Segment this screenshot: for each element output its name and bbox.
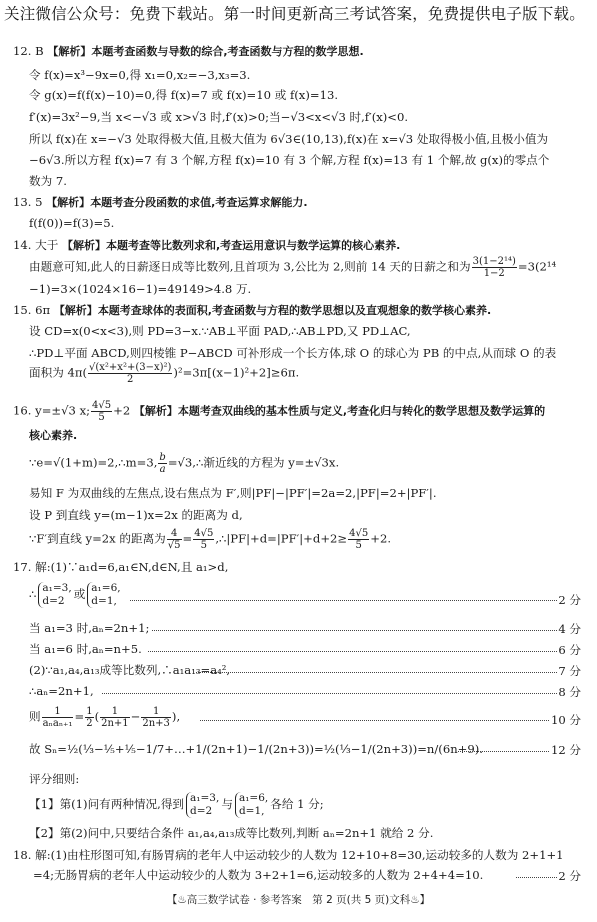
- q13-answer: 13. 5: [13, 195, 43, 209]
- q17-heading: 17. 解:(1)∵a₁d=6,a₁∈N,d∈N,且 a₁>d,: [13, 560, 228, 574]
- q14-answer: 14. 大于: [13, 238, 58, 252]
- q15-line: ∴PD⊥平面 ABCD,则四棱锥 P−ABCD 可补形成一个长方体,球 O 的球…: [29, 346, 556, 360]
- leader-dots: [458, 751, 549, 752]
- q13-heading: 13. 5 【解析】本题考查分段函数的求值,考查运算求解能力.: [13, 195, 308, 210]
- score-label: 2 分: [558, 592, 581, 608]
- q15-answer: 15. 6π: [13, 303, 50, 317]
- analysis-tag: 【解析】: [46, 196, 90, 209]
- q12-answer: 12. B: [13, 44, 44, 58]
- rubric-item-1: 【1】第(1)问有两种情况,得到a₁=3,d=2与a₁=6,d=1,各给 1 分…: [29, 792, 324, 818]
- q16-heading: 16. y=±√3 x;4√55+2 【解析】本题考查双曲线的基本性质与定义,考…: [13, 400, 545, 423]
- fraction: 4√55: [193, 528, 214, 551]
- q12-intro: 本题考查函数与导数的综合,考查函数与方程的数学思想.: [91, 45, 363, 58]
- q14-intro: 本题考查等比数列求和,考查运用意识与数学运算的核心素养.: [106, 239, 400, 252]
- fraction: 12n+1: [100, 706, 130, 729]
- leader-dots: [152, 630, 557, 631]
- system-brace: a₁=3,d=2: [38, 582, 71, 608]
- system-brace: a₁=3,d=2: [186, 792, 219, 818]
- q16-intro-cont: 核心素养.: [29, 429, 77, 443]
- score-label: 8 分: [558, 684, 581, 700]
- leader-dots: [102, 693, 557, 694]
- fraction: 3(1−2¹⁴)1−2: [472, 256, 517, 279]
- page-footer: 【♨高三数学试卷 · 参考答案 第 2 页(共 5 页)文科♨】: [0, 892, 597, 907]
- q12-line: 令 g(x)=f(f(x)−10)=0,得 f(x)=7 或 f(x)=10 或…: [29, 88, 338, 102]
- q16-line-2: 易知 F 为双曲线的左焦点,设右焦点为 F′,则|PF|−|PF′|=2a=2,…: [29, 486, 437, 500]
- q12-line: f′(x)=3x²−9,当 x<−√3 或 x>√3 时,f′(x)>0;当−√…: [29, 110, 408, 124]
- score-label: 2 分: [558, 868, 581, 884]
- q16-answer: y=±√3 x;: [35, 404, 90, 418]
- q16-line-3: 设 P 到直线 y=(m−1)x=2x 的距离为 d,: [29, 508, 243, 522]
- q12-line: 所以 f(x)在 x=−√3 处取得极大值,且极大值为 6√3∈(10,13),…: [29, 132, 548, 146]
- q14-heading: 14. 大于 【解析】本题考查等比数列求和,考查运用意识与数学运算的核心素养.: [13, 238, 400, 253]
- analysis-tag: 【解析】: [54, 304, 98, 317]
- fraction: 4√55: [91, 400, 112, 423]
- score-label: 12 分: [551, 742, 581, 758]
- fraction: 1aₙaₙ₊₁: [42, 706, 74, 729]
- fraction: √(x²+x²+(3−x)²)2: [88, 362, 172, 385]
- wechat-banner: 关注微信公众号：免费下载站。第一时间更新高三考试答案，免费提供电子版下载。: [4, 2, 585, 24]
- fraction: 4√5: [167, 528, 182, 551]
- leader-dots: [516, 877, 557, 878]
- analysis-tag: 【解析】: [134, 405, 178, 418]
- q13-line: f(f(0))=f(3)=5.: [29, 216, 114, 230]
- system-brace: a₁=6,d=1,: [87, 582, 120, 608]
- fraction: 12n+3: [141, 706, 171, 729]
- q14-line-2: −1)=3×(1024×16−1)=49149>4.8 万.: [29, 282, 251, 296]
- q15-line: 设 CD=x(0<x<3),则 PD=3−x.∵AB⊥平面 PAD,∴AB⊥PD…: [29, 324, 411, 338]
- q12-line: −6√3.所以方程 f(x)=7 有 3 个解,方程 f(x)=10 有 3 个…: [29, 153, 549, 167]
- q17-system: ∴a₁=3,d=2或a₁=6,d=1,: [29, 582, 123, 608]
- q14-line-1: 由题意可知,此人的日薪逐日成等比数列,且首项为 3,公比为 2,则前 14 天的…: [29, 256, 556, 279]
- system-brace: a₁=6,d=1,: [235, 792, 268, 818]
- q17-line-f: 故 Sₙ=½(⅓−⅕+⅕−1/7+…+1/(2n+1)−1/(2n+3))=½(…: [29, 742, 483, 756]
- q12-heading: 12. B 【解析】本题考查函数与导数的综合,考查函数与方程的数学思想.: [13, 44, 364, 59]
- q17-line: 当 a₁=6 时,aₙ=n+5.: [29, 642, 142, 656]
- fraction: ba: [158, 452, 166, 475]
- leader-dots: [148, 651, 557, 652]
- q15-heading: 15. 6π 【解析】本题考查球体的表面积,考查函数与方程的数学思想以及直观想象…: [13, 303, 491, 318]
- q15-intro: 本题考查球体的表面积,考查函数与方程的数学思想以及直观想象的数学核心素养.: [98, 304, 491, 317]
- q16-line-4: ∵F′到直线 y=2x 的距离为4√5=4√55,∴|PF|+d=|PF′|+d…: [29, 528, 391, 551]
- score-label: 4 分: [558, 621, 581, 637]
- q12-line: 令 f(x)=x³−9x=0,得 x₁=0,x₂=−3,x₃=3.: [29, 68, 250, 82]
- q17-line: ∴aₙ=2n+1,: [29, 684, 94, 698]
- rubric-title: 评分细则:: [29, 772, 79, 786]
- rubric-item-2: 【2】第(2)问中,只要结合条件 a₁,a₄,a₁₃成等比数列,判断 aₙ=2n…: [29, 826, 433, 840]
- leader-dots: [200, 720, 549, 721]
- q12-line: 数为 7.: [29, 174, 67, 188]
- fraction: 12: [85, 706, 93, 729]
- q15-line-3: 面积为 4π(√(x²+x²+(3−x)²)2)²=3π[(x−1)²+2]≥6…: [29, 362, 299, 385]
- q17-line: 当 a₁=3 时,aₙ=2n+1;: [29, 621, 149, 635]
- q16-line-1: ∵e=√(1+m)=2,∴m=3,ba=√3,∴渐近线的方程为 y=±√3x.: [29, 452, 339, 475]
- analysis-tag: 【解析】: [47, 45, 91, 58]
- leader-dots: [130, 600, 557, 601]
- score-label: 7 分: [558, 663, 581, 679]
- score-label: 6 分: [558, 642, 581, 658]
- analysis-tag: 【解析】: [62, 239, 106, 252]
- q16-intro: 本题考查双曲线的基本性质与定义,考查化归与转化的数学思想及数学运算的: [178, 405, 545, 418]
- q18-line-2: =4;无肠胃病的老年人中运动较少的人数为 3+2+1=6,运动较多的人数为 2+…: [33, 868, 483, 882]
- q17-line: (2)∵a₁,a₄,a₁₃成等比数列,∴a₁a₁₃=a₄²,: [29, 663, 230, 677]
- q13-intro: 本题考查分段函数的求值,考查运算求解能力.: [90, 196, 307, 209]
- score-label: 10 分: [551, 712, 581, 728]
- leader-dots: [196, 672, 557, 673]
- q17-line-e: 则1aₙaₙ₊₁=12(12n+1−12n+3),: [29, 706, 180, 729]
- q18-line-1: 18. 解:(1)由柱形图可知,有肠胃病的老年人中运动较少的人数为 12+10+…: [13, 848, 564, 862]
- fraction: 4√55: [348, 528, 369, 551]
